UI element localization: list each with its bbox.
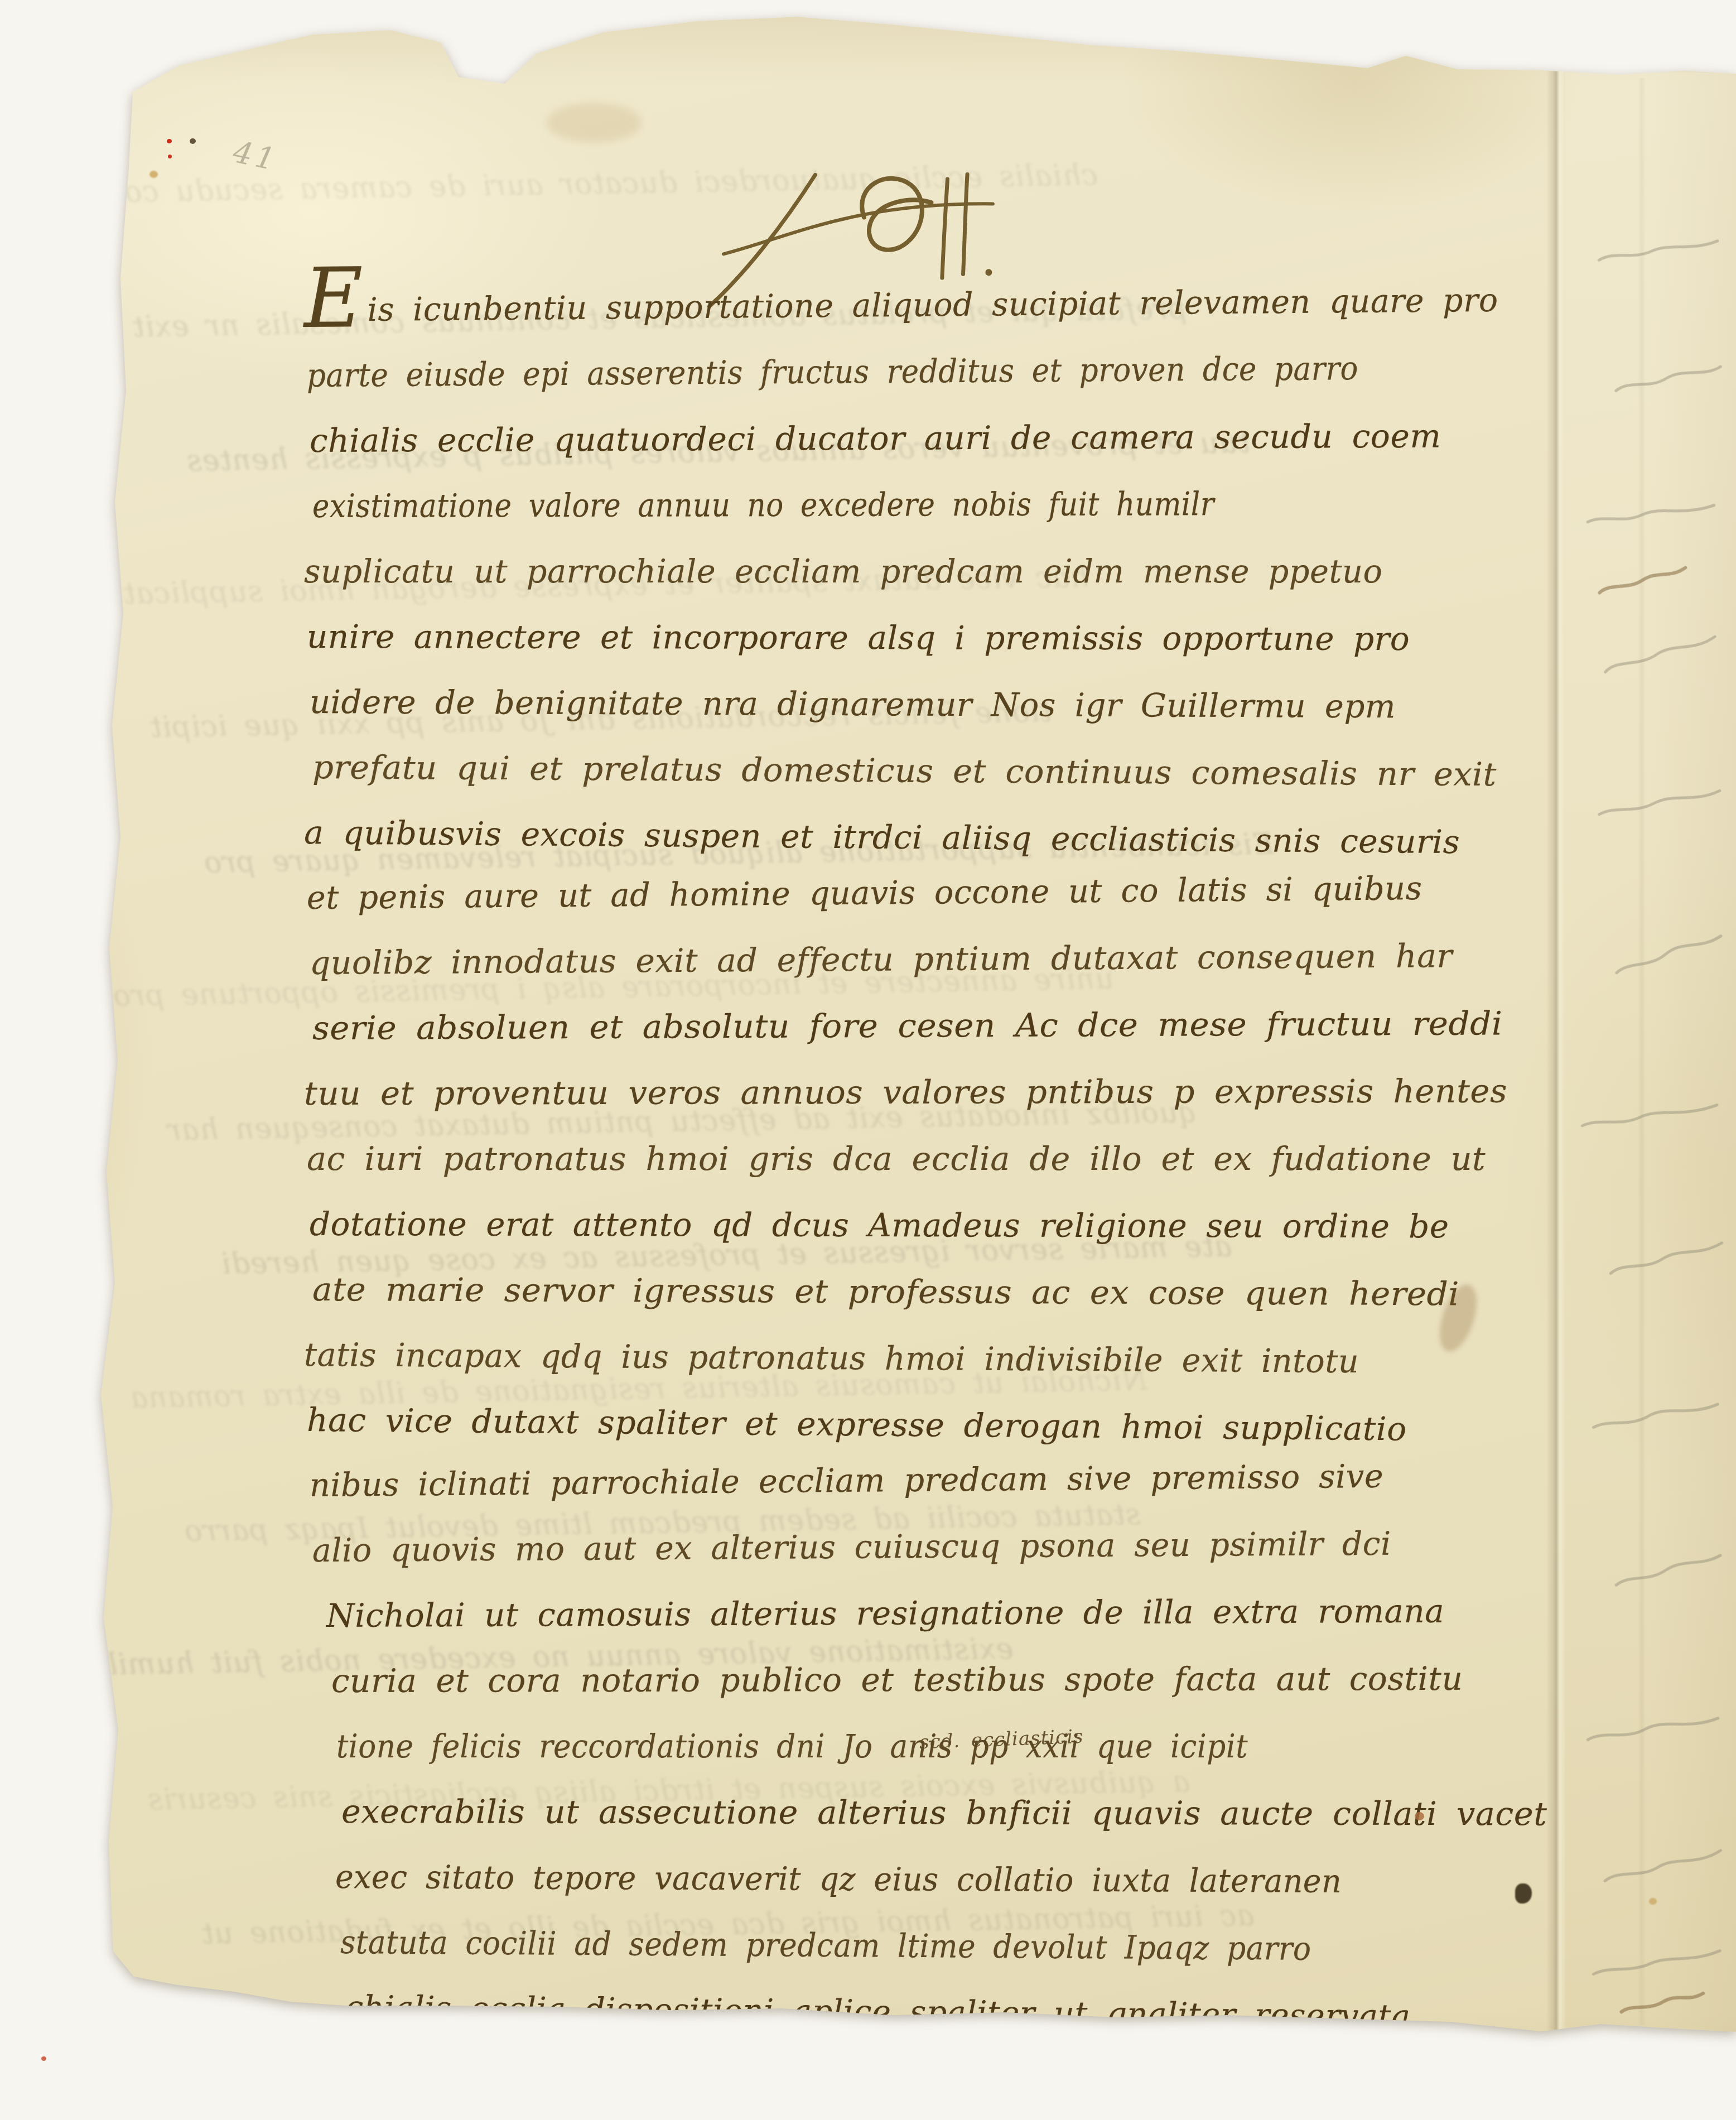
- manuscript-line: Nicholai ut camosuis alterius resignatio…: [326, 1578, 1526, 1649]
- manuscript-line: tatis incapax qdq ius patronatus hmoi in…: [304, 1322, 1509, 1395]
- manuscript-line: exec sitato tepore vacaverit qz eius col…: [335, 1844, 1473, 1915]
- manuscript-line: curia et cora notario publico et testibu…: [331, 1646, 1531, 1714]
- manuscript-page: chialis ecclie quatuordeci ducator auri …: [0, 0, 1736, 2120]
- initial-letter: E: [303, 250, 362, 346]
- scan-background: chialis ecclie quatuordeci ducator auri …: [0, 0, 1736, 2120]
- paper-surface: chialis ecclie quatuordeci ducator auri …: [0, 0, 1736, 2120]
- adjacent-page-edge: [1565, 73, 1736, 2028]
- manuscript-line: suplicatu ut parrochiale eccliam predcam…: [304, 539, 1515, 604]
- manuscript-line: unire annectere et incorporare alsq i pr…: [307, 604, 1528, 672]
- manuscript-line: existimatione valore annuu no excedere n…: [312, 471, 1395, 539]
- manuscript-line: uidere de benignitate nra dignaremur Nos…: [310, 669, 1521, 740]
- manuscript-line: chialis ecclia dispositioni aplice spali…: [345, 1975, 1512, 2050]
- manuscript-line: serie absoluen et absolutu fore cesen Ac…: [312, 991, 1563, 1061]
- manuscript-line: tuu et proventuu veros annuos valores pn…: [304, 1058, 1560, 1126]
- manuscript-line: nibus iclinati parrochiale eccliam predc…: [309, 1443, 1515, 1518]
- manuscript-line: parte eiusde epi asserentis fructus redd…: [307, 335, 1429, 408]
- manuscript-line: prefatu qui et prelatus domesticus et co…: [312, 735, 1552, 808]
- manuscript-line: Eis icunbentiu supportatione aliquod suc…: [303, 268, 1503, 343]
- manuscript-line: ac iuri patronatus hmoi gris dca ecclia …: [307, 1126, 1545, 1192]
- adjacent-page-bleedthrough: [1565, 73, 1736, 2028]
- manuscript-line: quolibz innodatus exit ad effectu pntium…: [310, 923, 1537, 996]
- manuscript-line: ate marie servor igressus et professus a…: [312, 1257, 1563, 1327]
- manuscript-line: statuta cocilii ad sedem predcam ltime d…: [340, 1910, 1435, 1982]
- manuscript-line: chialis ecclie quatuordeci ducator auri …: [310, 403, 1537, 474]
- manuscript-line: tione felicis reccordationis dni Jo anis…: [336, 1714, 1429, 1779]
- manuscript-line: alio quovis mo aut ex alterius cuiuscuq …: [312, 1510, 1507, 1583]
- manuscript-line: et penis aure ut ad homine quavis occone…: [306, 855, 1512, 931]
- manuscript-line: execrabilis ut assecutione alterius bnfi…: [341, 1779, 1547, 1847]
- manuscript-line: dotatione erat attento qd dcus Amadeus r…: [310, 1192, 1526, 1260]
- manuscript-text-block: Eis icunbentiu supportatione aliquod suc…: [304, 278, 1528, 2040]
